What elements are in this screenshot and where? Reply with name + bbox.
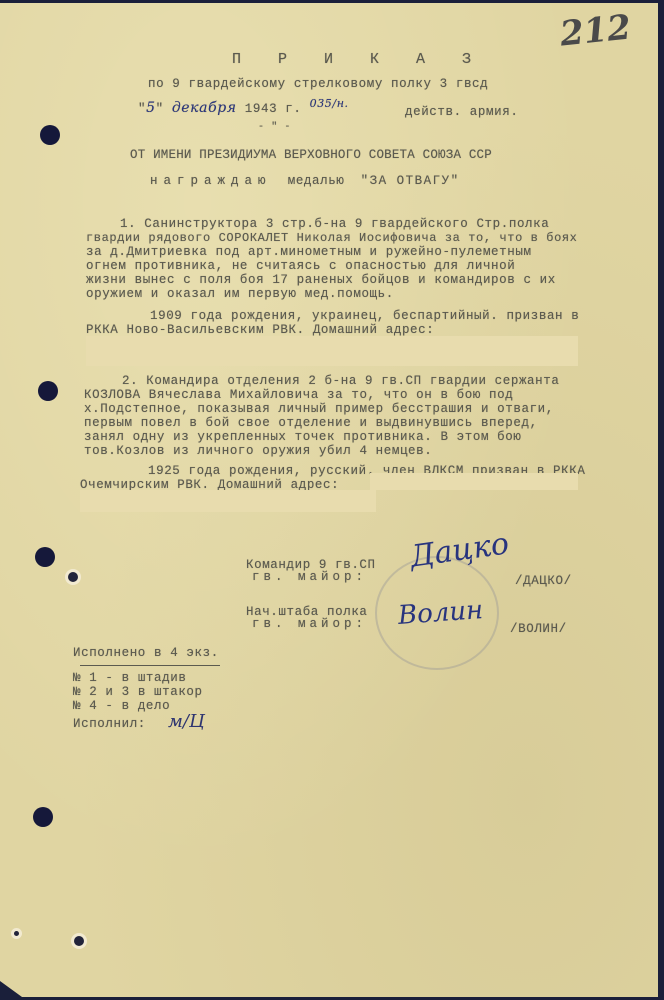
archive-number: 212 xyxy=(558,7,633,54)
executor-signature: м/Ц xyxy=(168,711,205,732)
award-line: награждаю медалью "ЗА ОТВАГУ" xyxy=(150,175,460,188)
preamble-line: ОТ ИМЕНИ ПРЕЗИДИУМА ВЕРХОВНОГО СОВЕТА СО… xyxy=(130,149,492,162)
divider xyxy=(80,665,220,666)
document-page: 212 П Р И К А З по 9 гвардейскому стрелк… xyxy=(0,3,658,997)
location: действ. армия. xyxy=(405,106,518,119)
date-year: 1943 г. xyxy=(245,102,302,116)
paper-tear xyxy=(68,572,78,582)
punch-hole xyxy=(35,547,55,567)
punch-hole xyxy=(38,381,58,401)
punch-hole xyxy=(40,125,60,145)
date-line: "5" декабря 1943 г. 035/н. xyxy=(138,102,349,116)
punch-hole xyxy=(33,807,53,827)
quote-open: " xyxy=(138,102,146,116)
signature-commander: Дацко xyxy=(408,526,511,574)
chief-of-staff-name: /ВОЛИН/ xyxy=(510,623,567,636)
redaction-box xyxy=(86,336,578,366)
document-title: П Р И К А З xyxy=(232,53,485,66)
executor-label: Исполнил: xyxy=(73,718,146,731)
signature-chief-of-staff: Волин xyxy=(397,595,484,631)
paper-tear xyxy=(14,931,19,936)
redaction-box xyxy=(80,490,376,512)
redaction-box xyxy=(370,473,578,490)
commander-name: /ДАЦКО/ xyxy=(515,575,572,588)
date-month: декабря xyxy=(172,100,237,116)
order-number: 035/н. xyxy=(310,97,349,110)
award-name: "ЗА ОТВАГУ" xyxy=(361,174,460,188)
copies-count: Исполнено в 4 экз. xyxy=(73,647,219,660)
dash-mark: - " - xyxy=(258,121,291,134)
date-day: 5 xyxy=(146,100,156,116)
unit-line: по 9 гвардейскому стрелковому полку 3 гв… xyxy=(148,78,488,91)
torn-corner xyxy=(0,981,40,997)
paper-tear xyxy=(74,936,84,946)
